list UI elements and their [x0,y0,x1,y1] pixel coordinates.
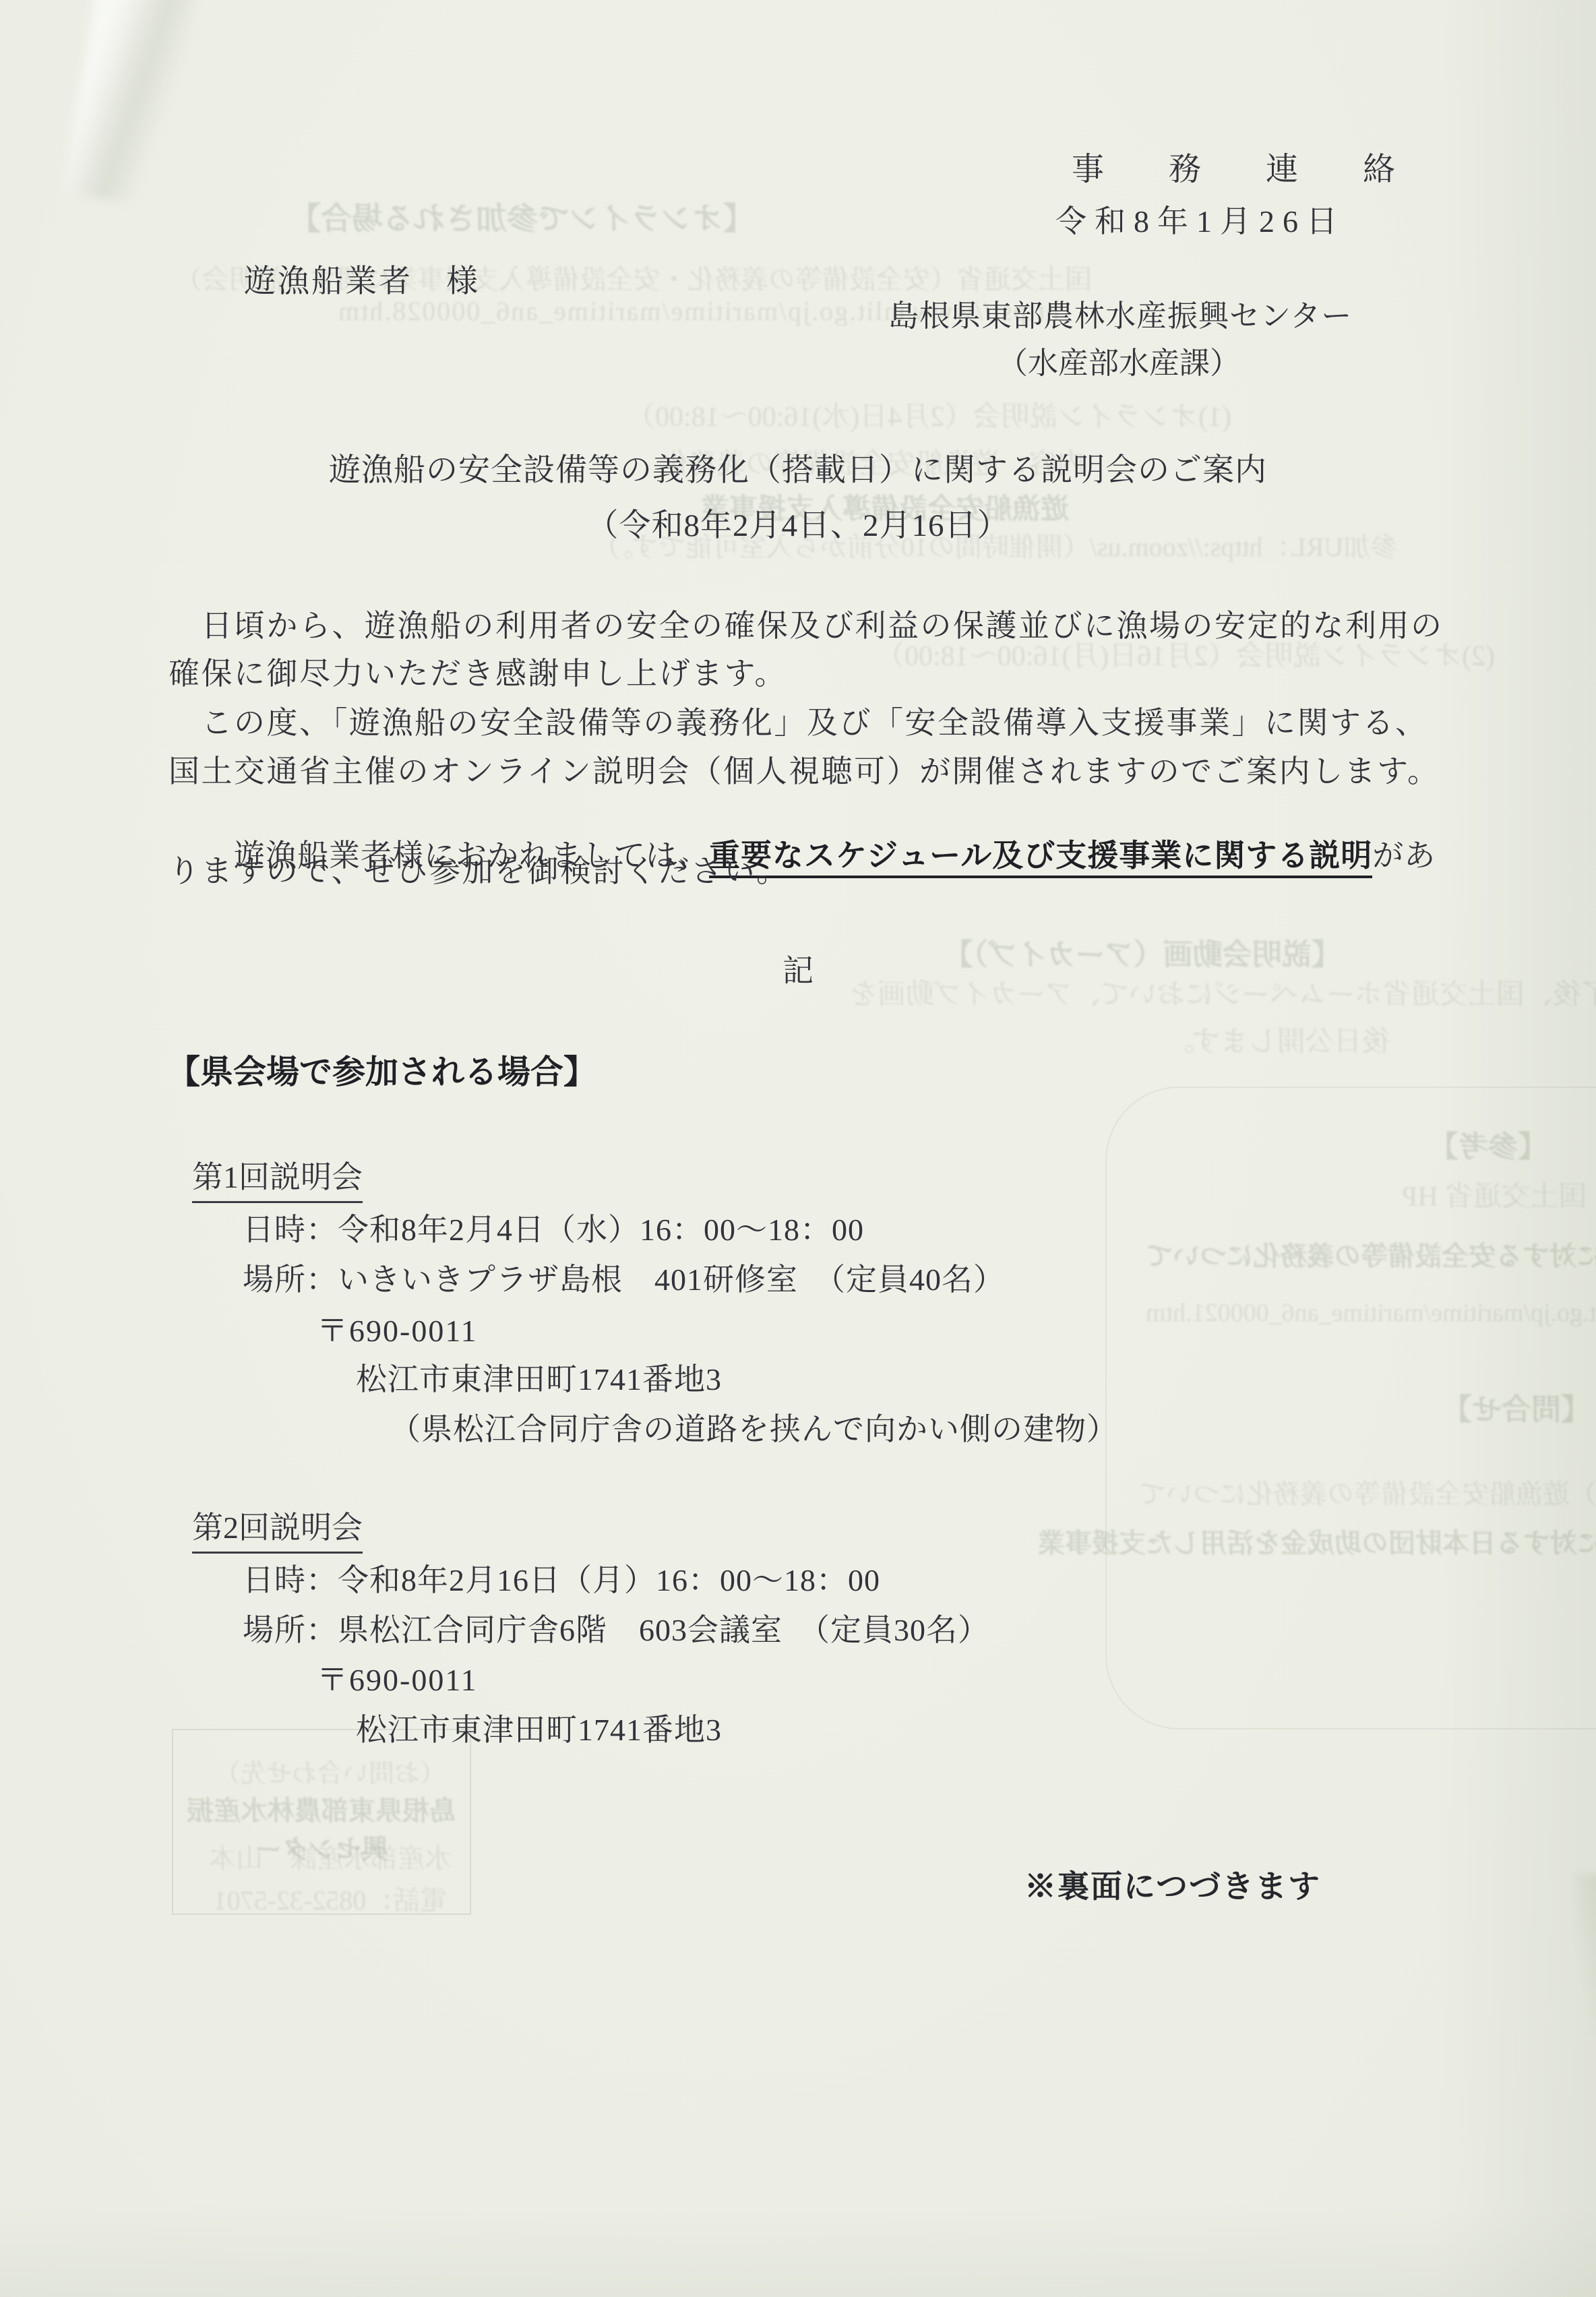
body-line: 日頃から、遊漁船の利用者の安全の確保及び利益の保護並びに漁場の安定的な利用の [168,601,1444,646]
paper-crease-right-edge [1574,1874,1596,2035]
bleed-through-rounded-box [1105,1086,1596,1729]
doc-title: 遊漁船の安全設備等の義務化（搭載日）に関する説明会のご案内 [0,445,1596,490]
session-1-heading: 第1回説明会 [192,1153,363,1203]
session-2-place: 場所：県松江合同庁舎6階 603会議室 （定員30名） [243,1605,989,1650]
doc-subtitle: （令和8年2月4日、2月16日） [0,500,1596,545]
body-line: 確保に御尽力いただき感謝申し上げます。 [168,649,787,694]
bleed-through-line: (1)オンライン説明会（2月4日(水)16:00～18:00） [627,394,1231,435]
session-1-address: 松江市東津田町1741番地3 [356,1355,722,1399]
paper-crease [64,0,199,209]
sender-org: 島根県東部農林水産振興センター [888,291,1352,335]
session-1-place: 場所：いきいきプラザ島根 401研修室 （定員40名） [243,1255,1005,1299]
body-line: りますので、ぜひ参加を御検討ください。 [168,847,789,891]
sender-dept: （水産部水産課） [997,338,1240,382]
body-text: があ [1372,838,1436,873]
session-2-datetime: 日時：令和8年2月16日（月）16：00～18：00 [243,1556,880,1600]
doc-type-label: 事務連絡 [1072,143,1460,189]
body-line: この度、「遊漁船の安全設備等の義務化」及び「安全設備導入支援事業」に関する、 [168,698,1428,743]
bleed-through-line: 後日公開します。 [1166,1019,1390,1060]
session-2-address: 松江市東津田町1741番地3 [356,1705,722,1750]
session-1-location-note: （県松江合同庁舎の道路を挟んで向かい側の建物） [390,1405,1118,1449]
recipient: 遊漁船業者 様 [244,256,480,301]
body-line: 国土交通省主催のオンライン説明会（個人視聴可）が開催されますのでご案内します。 [168,747,1440,791]
continued-on-back-note: ※裏面につづきます [1024,1862,1321,1907]
bleed-through-line: 【オンラインで参加される場合】 [290,194,754,239]
section-header-venue: 【県会場で参加される場合】 [167,1046,596,1093]
bleed-through-line: （お問い合わせ先） [202,1752,458,1789]
emphasized-underlined-text: 重要なスケジュール及び支援事業に関する説明 [709,838,1372,878]
doc-date: 令和8年1月26日 [1055,197,1345,241]
session-1-datetime: 日時：令和8年2月4日（水）16：00～18：00 [243,1205,864,1250]
session-2-postal-code: 〒690-0011 [317,1655,478,1700]
bleed-through-line: 電話：0852-32-5701 [202,1879,458,1918]
session-1-postal-code: 〒690-0011 [317,1306,478,1351]
scanned-letter-page: 【オンラインで参加される場合】 国土交通省（安全設備等の義務化・安全設備導入支援… [0,0,1596,2297]
session-2-heading: 第2回説明会 [192,1503,363,1554]
notation-ki: 記 [0,946,1596,991]
bleed-through-line: 水産部水産課 山本 [202,1837,458,1876]
